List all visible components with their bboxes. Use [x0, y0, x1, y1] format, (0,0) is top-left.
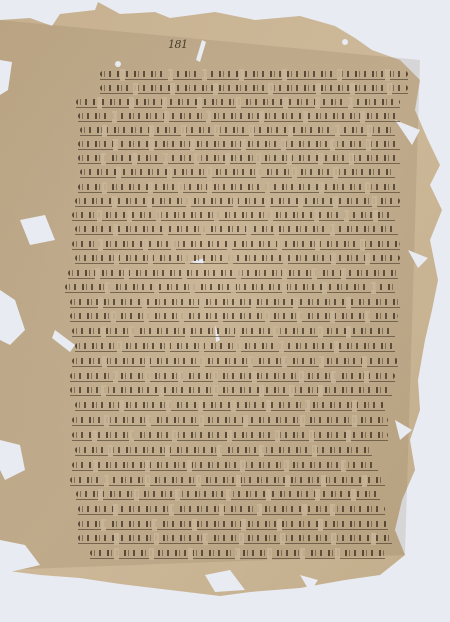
handwritten-line — [78, 520, 388, 530]
handwritten-line — [78, 534, 392, 544]
handwritten-line — [72, 461, 378, 471]
handwritten-line — [70, 312, 398, 322]
handwritten-line — [72, 240, 400, 250]
handwritten-line — [72, 431, 388, 441]
handwritten-line — [65, 283, 395, 293]
handwritten-line — [68, 269, 398, 279]
handwritten-line — [100, 84, 408, 94]
handwritten-line — [75, 446, 372, 456]
handwritten-line — [80, 168, 395, 178]
handwritten-line — [72, 416, 388, 426]
handwritten-line — [70, 372, 395, 382]
handwritten-line — [100, 70, 408, 80]
handwritten-line — [75, 225, 398, 235]
handwritten-line — [78, 154, 400, 164]
handwritten-line — [90, 549, 385, 559]
handwritten-line — [80, 126, 395, 136]
folio-number: 181 — [168, 38, 188, 51]
handwritten-line — [70, 298, 400, 308]
handwritten-line — [75, 401, 385, 411]
handwritten-line — [78, 140, 400, 150]
handwritten-line — [70, 386, 392, 396]
handwritten-line — [78, 183, 400, 193]
handwritten-line — [75, 342, 395, 352]
handwritten-line — [72, 211, 395, 221]
handwritten-line — [70, 476, 385, 486]
handwritten-line — [76, 98, 400, 108]
handwritten-line — [76, 490, 380, 500]
handwritten-line — [78, 505, 385, 515]
handwritten-line — [72, 327, 395, 337]
handwritten-line — [72, 357, 398, 367]
handwritten-line — [78, 112, 400, 122]
handwritten-line — [75, 197, 400, 207]
handwritten-line — [75, 254, 400, 264]
